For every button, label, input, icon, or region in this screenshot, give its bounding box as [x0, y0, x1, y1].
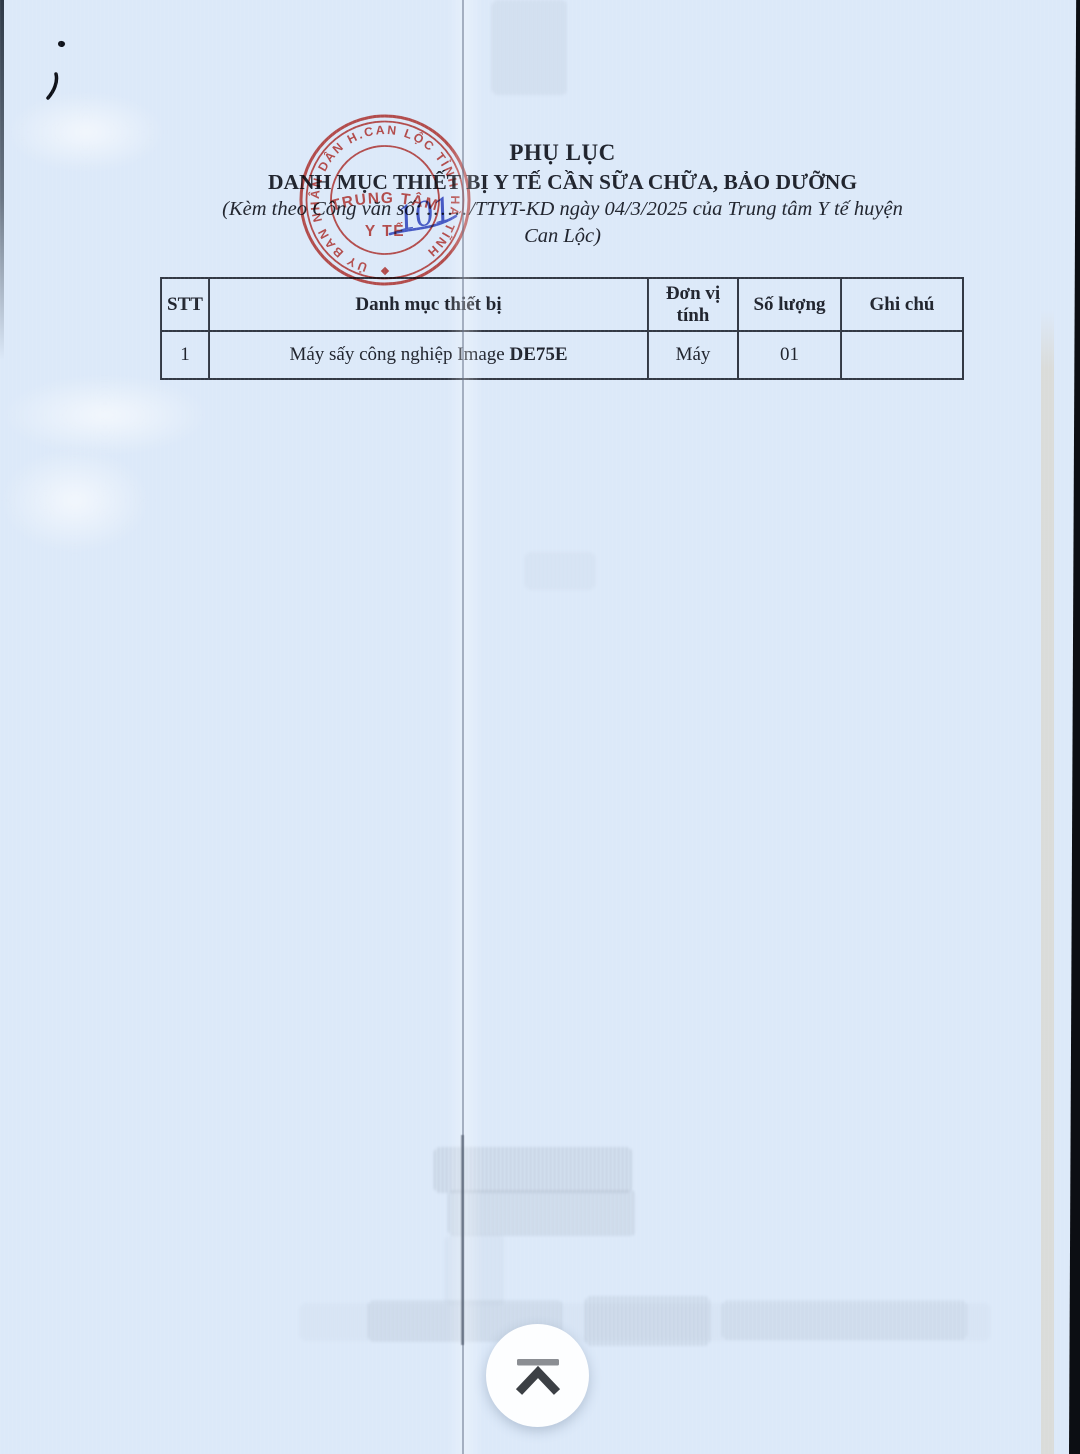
scroll-to-top-icon: [515, 1354, 561, 1398]
scanned-document-page: PHỤ LỤC DANH MỤC THIẾT BỊ Y TẾ CẦN SỮA C…: [0, 0, 1080, 1454]
paper-crease-dark-segment: [461, 1135, 464, 1345]
scan-right-edge-black-strip: [1069, 0, 1080, 1454]
cell-unit: Máy: [648, 331, 738, 379]
cell-quantity: 01: [738, 331, 841, 379]
bleedthrough-wisp: [525, 552, 595, 590]
document-header: PHỤ LỤC DANH MỤC THIẾT BỊ Y TẾ CẦN SỮA C…: [140, 140, 985, 250]
table-row: 1 Máy sấy công nghiệp Image DE75E Máy 01: [161, 331, 963, 379]
table-header-row: STT Danh mục thiết bị Đơn vị tính Số lượ…: [161, 278, 963, 331]
bleedthrough-blob: [722, 1300, 967, 1340]
header-note: Ghi chú: [841, 278, 963, 331]
scroll-to-top-button[interactable]: [486, 1324, 589, 1427]
equipment-table: STT Danh mục thiết bị Đơn vị tính Số lượ…: [160, 277, 964, 380]
header-quantity: Số lượng: [738, 278, 841, 331]
white-smudge: [0, 448, 150, 553]
scan-left-edge-shadow: [0, 0, 4, 360]
ink-speck: [57, 40, 66, 48]
reference-line: (Kèm theo Công văn số: ....../TTYT-KD ng…: [140, 196, 985, 223]
bleedthrough-blob: [585, 1296, 710, 1346]
paper-crease-halo: [447, 0, 483, 1454]
document-title: DANH MỤC THIẾT BỊ Y TẾ CẦN SỮA CHỮA, BẢO…: [140, 168, 985, 196]
header-stt: STT: [161, 278, 209, 331]
scan-right-gray-strip: [1041, 310, 1054, 1454]
stamp-bottom-star: [381, 267, 389, 275]
appendix-title: PHỤ LỤC: [140, 140, 985, 166]
reference-post: /TTYT-KD ngày 04/3/2025 của Trung tâm Y …: [469, 198, 903, 220]
cell-note: [841, 331, 963, 379]
white-smudge: [0, 375, 210, 455]
bleedthrough-smudge-top: [492, 0, 567, 95]
cell-stt: 1: [161, 331, 209, 379]
header-unit: Đơn vị tính: [648, 278, 738, 331]
reference-line-2: Can Lộc): [140, 223, 985, 250]
device-model-text: DE75E: [509, 344, 567, 365]
ink-apostrophe-mark: [46, 72, 60, 102]
cell-device-name: Máy sấy công nghiệp Image DE75E: [209, 331, 648, 379]
